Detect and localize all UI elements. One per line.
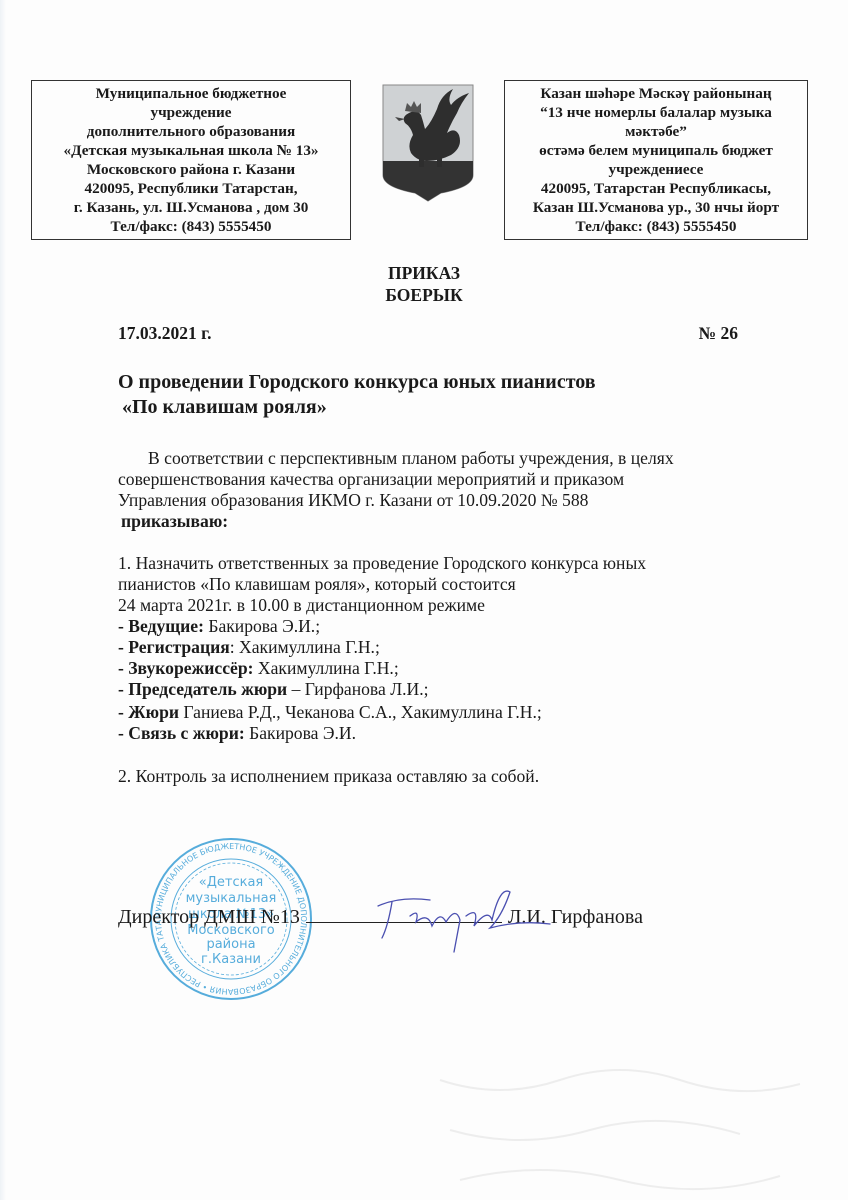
svg-text:г.Казани: г.Казани (201, 952, 261, 967)
order-number: № 26 (699, 323, 738, 344)
title-russian: ПРИКАЗ (0, 262, 848, 284)
header-box-tatar: Казан шәһәре Мәскәү районынаң “13 нче но… (504, 80, 808, 240)
role-jury: - Жюри Ганиева Р.Д., Чеканова С.А., Хаки… (118, 702, 758, 723)
item1-line: 1. Назначить ответственных за проведение… (118, 553, 758, 574)
subject-line: О проведении Городского конкурса юных пи… (118, 370, 596, 395)
header-box-russian: Муниципальное бюджетное учреждение допол… (31, 80, 351, 240)
bleed-through-writing (420, 1060, 840, 1200)
header-line: “13 нче номерлы балалар музыка (505, 103, 807, 122)
header-line: мәктәбе” (505, 122, 807, 141)
order-subject: О проведении Городского конкурса юных пи… (118, 370, 596, 420)
kazan-emblem-icon (381, 83, 475, 203)
item1-line: пианистов «По клавишам рояля», который с… (118, 574, 758, 595)
title-tatar: БОЕРЫК (0, 284, 848, 306)
header-line: 420095, Татарстан Республикасы, (505, 179, 807, 198)
order-word: приказываю: (118, 511, 758, 532)
header-line: учреждениесе (505, 160, 807, 179)
subject-line: «По клавишам рояля» (118, 395, 596, 420)
order-date: 17.03.2021 г. (118, 323, 211, 343)
preamble-line: В соответствии с перспективным планом ра… (118, 448, 758, 469)
role-sound-engineer: - Звукорежиссёр: Хакимуллина Г.Н.; (118, 658, 758, 679)
role-host: - Ведущие: Бакирова Э.И.; (118, 616, 758, 637)
preamble-line: Управления образования ИКМО г. Казани от… (118, 490, 758, 511)
role-registration: - Регистрация: Хакимуллина Г.Н.; (118, 637, 758, 658)
header-line: 420095, Республики Татарстан, (32, 179, 350, 198)
document-title: ПРИКАЗ БОЕРЫК (0, 262, 848, 306)
role-jury-chair: - Председатель жюри – Гирфанова Л.И.; (118, 679, 758, 700)
svg-text:района: района (206, 937, 255, 952)
header-line: г. Казань, ул. Ш.Усманова , дом 30 (32, 198, 350, 217)
header-line: өстәмә белем муниципаль бюджет (505, 141, 807, 160)
header-line: Тел/факс: (843) 5555450 (505, 217, 807, 236)
header-line: Московского района г. Казани (32, 160, 350, 179)
handwritten-signature-icon (370, 886, 560, 956)
header-line: Казан Ш.Усманова ур., 30 нчы йорт (505, 198, 807, 217)
header-line: Муниципальное бюджетное (32, 84, 350, 103)
role-jury-contact: - Связь с жюри: Бакирова Э.И. (118, 723, 758, 744)
date-number-row: 17.03.2021 г. № 26 (118, 323, 738, 344)
page-edge (0, 0, 6, 1200)
header-line: «Детская музыкальная школа № 13» (32, 141, 350, 160)
item2-line: 2. Контроль за исполнением приказа остав… (118, 766, 758, 787)
header-line: дополнительного образования (32, 122, 350, 141)
header-line: Казан шәһәре Мәскәү районынаң (505, 84, 807, 103)
signatory-position: Директор ДМШ №13 (118, 906, 300, 928)
item1-line: 24 марта 2021г. в 10.00 в дистанционном … (118, 595, 758, 616)
header-line: Тел/факс: (843) 5555450 (32, 217, 350, 236)
order-body: В соответствии с перспективным планом ра… (118, 448, 758, 787)
svg-text:«Детская: «Детская (199, 875, 263, 890)
preamble-line: совершенствования качества организации м… (118, 469, 758, 490)
header-line: учреждение (32, 103, 350, 122)
